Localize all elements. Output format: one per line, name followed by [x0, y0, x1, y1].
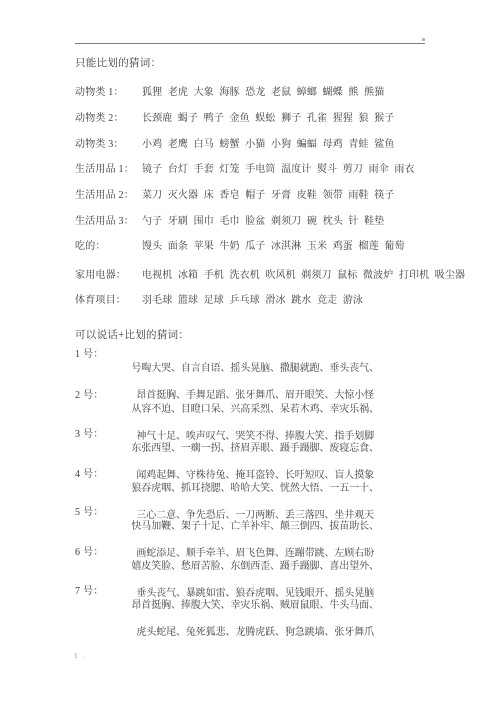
section-title-speak-and-gesture: 可以说话+比划的猜词： [75, 330, 189, 342]
group-label: 1 号： [75, 348, 117, 362]
group-idioms-line1: 从容不迫、目瞪口呆、兴高采烈、呆若木鸡、幸灾乐祸、 [131, 404, 379, 415]
category-row-daily-2: 生活用品 2： 菜刀 灭火器 床 香皂 帽子 牙膏 皮鞋 领带 雨鞋 筷子 [75, 190, 394, 202]
group-idioms-line1: 快马加鞭、架子十足、亡羊补牢、颠三倒四、拔苗助长、 [131, 521, 379, 532]
group-idioms: 昂首挺胸、捧腹大笑、幸灾乐祸、贼眉鼠眼、牛头马面、 虎头蛇尾、兔死狐悲、龙腾虎跃… [117, 585, 379, 653]
group-idioms-line1: 嬉皮笑脸、愁眉苦脸、东倒西歪、蹑手蹑脚、喜出望外、 [131, 561, 379, 572]
group-label: 6 号： [75, 546, 117, 560]
category-label: 动物类 1： [75, 87, 142, 99]
category-words: 长颈鹿 蝎子 鸭子 金鱼 蜈蚣 狮子 孔雀 猩猩 狼 猴子 [142, 113, 394, 125]
category-words: 羽毛球 篮球 足球 乒乓球 滑冰 跳水 竞走 游泳 [142, 295, 363, 307]
category-label: 动物类 3： [75, 139, 142, 151]
category-words: 镜子 台灯 手套 灯笼 手电筒 温度计 熨斗 剪刀 雨伞 雨衣 [142, 164, 415, 176]
footer-page-mark: 1 . [74, 652, 87, 660]
category-words: 勺子 牙刷 围巾 毛巾 脸盆 剃须刀 碗 枕头 针 鞋垫 [142, 216, 384, 228]
group-label: 7 号： [75, 585, 117, 599]
category-row-appliances: 家用电器： 电视机 冰箱 手机 洗衣机 吹风机 剃须刀 鼠标 微波炉 打印机 吸… [75, 270, 465, 282]
category-row-animals-2: 动物类 2： 长颈鹿 蝎子 鸭子 金鱼 蜈蚣 狮子 孔雀 猩猩 狼 猴子 [75, 113, 394, 125]
category-label: 生活用品 2： [75, 190, 142, 202]
category-row-animals-1: 动物类 1： 狐狸 老虎 大象 海豚 恐龙 老鼠 蟑螂 蝴蝶 熊 熊猫 [75, 87, 384, 99]
group-label: 5 号： [75, 506, 117, 520]
category-words: 电视机 冰箱 手机 洗衣机 吹风机 剃须刀 鼠标 微波炉 打印机 吸尘器 [142, 270, 465, 282]
category-words: 馒头 面条 苹果 牛奶 瓜子 冰淇淋 玉米 鸡蛋 榴莲 葡萄 [142, 241, 405, 253]
category-label: 家用电器： [75, 270, 142, 282]
category-words: 小鸡 老鹰 白马 螃蟹 小猫 小狗 蝙蝠 母鸡 青蛙 鲨鱼 [142, 139, 394, 151]
category-row-animals-3: 动物类 3： 小鸡 老鹰 白马 螃蟹 小猫 小狗 蝙蝠 母鸡 青蛙 鲨鱼 [75, 139, 394, 151]
header-rule [75, 43, 425, 44]
category-label: 生活用品 1： [75, 164, 142, 176]
group-label: 2 号： [75, 389, 117, 403]
category-label: 体育项目： [75, 295, 142, 307]
group-idioms-line1: 昂首挺胸、捧腹大笑、幸灾乐祸、贼眉鼠眼、牛头马面、 [131, 600, 379, 611]
page-corner-mark [422, 38, 425, 41]
group-label: 3 号： [75, 428, 117, 442]
category-row-daily-3: 生活用品 3： 勺子 牙刷 围巾 毛巾 脸盆 剃须刀 碗 枕头 针 鞋垫 [75, 216, 384, 228]
category-row-food: 吃的： 馒头 面条 苹果 牛奶 瓜子 冰淇淋 玉米 鸡蛋 榴莲 葡萄 [75, 241, 405, 253]
document-page: 只能比划的猜词： 动物类 1： 狐狸 老虎 大象 海豚 恐龙 老鼠 蟑螂 蝴蝶 … [0, 0, 500, 708]
category-words: 狐狸 老虎 大象 海豚 恐龙 老鼠 蟑螂 蝴蝶 熊 熊猫 [142, 87, 384, 99]
group-idioms-line1: 东张西望、一瘸一拐、挤眉弄眼、蹑手蹑脚、废寝忘食、 [131, 443, 379, 454]
group-idioms-line2: 虎头蛇尾、兔死狐悲、龙腾虎跃、狗急跳墙、张牙舞爪 [131, 627, 374, 638]
category-label: 吃的： [75, 241, 142, 253]
category-words: 菜刀 灭火器 床 香皂 帽子 牙膏 皮鞋 领带 雨鞋 筷子 [142, 190, 394, 202]
group-idioms-line1: 狼吞虎咽、抓耳挠腮、哈哈大笑、恍然大悟、一五一十、 [131, 483, 379, 494]
category-label: 生活用品 3： [75, 216, 142, 228]
category-row-daily-1: 生活用品 1： 镜子 台灯 手套 灯笼 手电筒 温度计 熨斗 剪刀 雨伞 雨衣 [75, 164, 415, 176]
category-row-sports: 体育项目： 羽毛球 篮球 足球 乒乓球 滑冰 跳水 竞走 游泳 [75, 295, 363, 307]
group-label: 4 号： [75, 468, 117, 482]
group-idioms-line1: 号啕大哭、自言自语、摇头晃脑、撒腿就跑、垂头丧气、 [131, 363, 379, 374]
section-title-gesture-only: 只能比划的猜词： [75, 58, 161, 70]
category-label: 动物类 2： [75, 113, 142, 125]
numbered-group-7: 7 号： 昂首挺胸、捧腹大笑、幸灾乐祸、贼眉鼠眼、牛头马面、 虎头蛇尾、兔死狐悲… [75, 585, 379, 653]
